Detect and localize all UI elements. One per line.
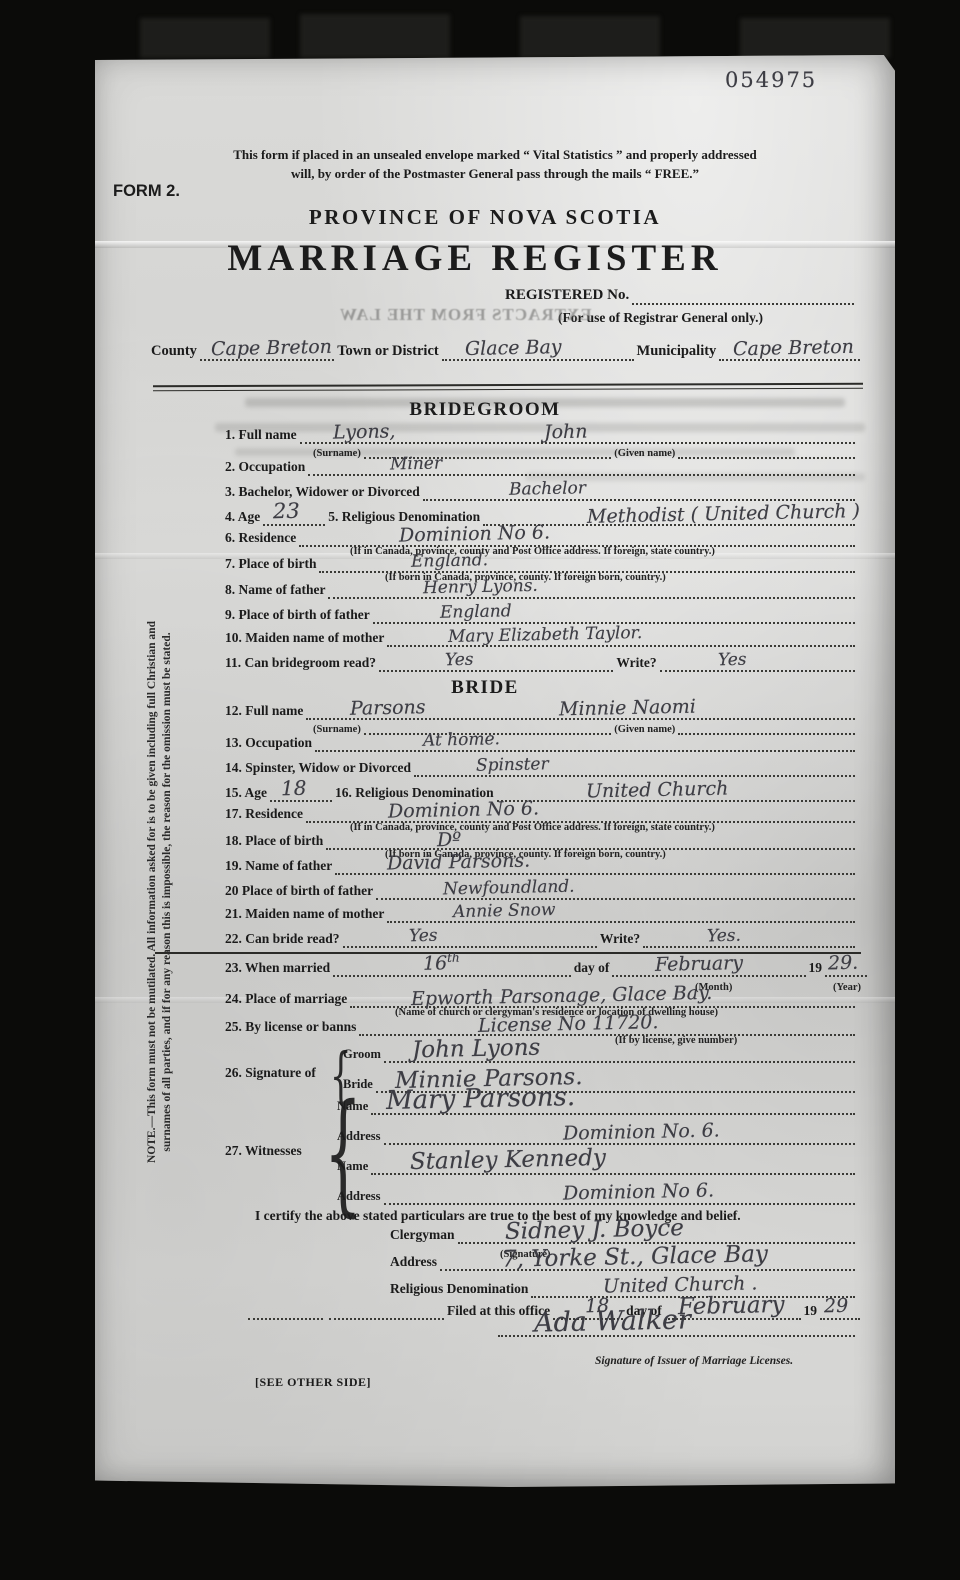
town-label: Town or District <box>337 343 439 361</box>
day-of-label: day of <box>574 960 610 977</box>
field-label: 20 Place of birth of father <box>225 883 373 900</box>
field-label: 8. Name of father <box>225 582 325 599</box>
field-label: 21. Maiden name of mother <box>225 906 384 923</box>
dotted-line: Newfoundland. <box>376 896 855 900</box>
groom-mother-value: Mary Elizabeth Taylor. <box>448 625 643 646</box>
address-label: Address <box>390 1254 437 1271</box>
married-day-value: 16th <box>423 951 460 973</box>
issuer-signature: Ada Walker <box>533 1306 690 1336</box>
address-label: Address <box>337 1129 381 1145</box>
field-label: 2. Occupation <box>225 459 305 476</box>
dotted-line: At home. <box>315 748 855 752</box>
surname-caption: (Surname) <box>313 448 361 459</box>
bride-surname-value: Parsons <box>350 698 426 719</box>
given-name-caption: (Given name) <box>614 448 675 459</box>
see-other-side: [SEE OTHER SIDE] <box>255 1375 371 1390</box>
fullname-subrow-bride: (Surname) (Given name) <box>313 724 858 735</box>
write-label: Write? <box>616 655 656 672</box>
mailing-note: This form if placed in an unsealed envel… <box>150 147 840 182</box>
dotted-line: Ada Walker <box>498 1333 855 1337</box>
municipality-value: Cape Breton <box>733 338 854 360</box>
place-of-marriage-value: Epworth Parsonage, Glace Bay. <box>411 984 713 1009</box>
field-can-read-bride: 22. Can bride read? Yes Write? Yes. <box>225 931 858 948</box>
groom-residence-value: Dominion No 6. <box>399 523 550 545</box>
field-mother-groom: 10. Maiden name of mother Mary Elizabeth… <box>225 630 858 647</box>
field-father-birthplace-groom: 9. Place of birth of father England <box>225 607 858 624</box>
witness2-address-row: Address Dominion No 6. <box>337 1189 858 1205</box>
field-father-bride: 19. Name of father David Parsons. <box>225 858 858 875</box>
field-age-denomination-bride: 15. Age 18 16. Religious Denomination Un… <box>225 785 858 802</box>
field-label: 13. Occupation <box>225 735 312 752</box>
field-can-read-groom: 11. Can bridegroom read? Yes Write? Yes <box>225 655 858 672</box>
dotted-line: Yes. <box>643 944 855 948</box>
year-prefix: 19 <box>804 1303 818 1320</box>
dotted-line: 29 <box>820 1316 860 1320</box>
dotted-line: Cape Breton <box>719 357 860 361</box>
witness1-address: Dominion No. 6. <box>563 1121 720 1143</box>
field-father-birthplace-bride: 20 Place of birth of father Newfoundland… <box>225 883 858 900</box>
witnesses-label: 27. Witnesses <box>225 1143 302 1159</box>
field-label: 6. Residence <box>225 530 296 547</box>
field-fullname-bride: 12. Full name Parsons Minnie Naomi <box>225 703 858 720</box>
location-row: County Cape Breton Town or District Glac… <box>151 343 863 361</box>
name-label: Name <box>337 1159 368 1175</box>
given-name-caption: (Given name) <box>614 724 675 735</box>
field-label: 14. Spinster, Widow or Divorced <box>225 760 411 777</box>
field-label: 1. Full name <box>225 427 297 444</box>
field-bachelor: 3. Bachelor, Widower or Divorced Bachelo… <box>225 484 858 501</box>
mailing-note-line2: will, by order of the Postmaster General… <box>150 166 840 182</box>
registered-no-label: REGISTERED No. <box>505 287 629 305</box>
dotted-line: 18 <box>270 798 332 802</box>
field-label: 22. Can bride read? <box>225 931 340 948</box>
field-residence-groom: 6. Residence Dominion No 6. <box>225 530 858 547</box>
film-edge-block <box>300 14 450 58</box>
dotted-line: Miner <box>308 472 855 476</box>
dotted-line: Bachelor <box>423 497 855 501</box>
film-edge-block <box>520 16 660 58</box>
field-label: 15. Age <box>225 785 267 802</box>
dotted-line: February <box>612 973 805 977</box>
field-when-married: 23. When married 16th day of February 19… <box>225 960 870 977</box>
groom-read-value: Yes <box>444 652 473 670</box>
dotted-line: Cape Breton <box>200 357 334 361</box>
bride-birthplace-value: Dº <box>437 831 462 851</box>
dotted-line: Parsons Minnie Naomi <box>306 716 855 720</box>
dotted-line: Annie Snow <box>387 919 855 923</box>
groom-status-value: Bachelor <box>509 480 586 499</box>
bride-father-birthplace-value: Newfoundland. <box>443 879 575 899</box>
bleed-through-heading: EXTRACTS FROM THE LAW <box>305 305 625 325</box>
signature-of-label: 26. Signature of <box>225 1065 316 1081</box>
dotted-line: Yes <box>343 944 597 948</box>
dotted-line: Dominion No 6. <box>384 1201 855 1205</box>
field-label: 25. By license or banns <box>225 1019 356 1036</box>
dotted-line: United Church <box>497 798 855 802</box>
clergyman-row: Clergyman Sidney J. Boyce <box>390 1227 858 1244</box>
section-divider <box>153 383 863 391</box>
dotted-line: 16th <box>333 973 571 977</box>
witness2-name-row: Name Stanley Kennedy <box>337 1159 858 1175</box>
surname-caption: (Surname) <box>313 724 361 735</box>
field-fullname-groom: 1. Full name Lyons, John <box>225 427 858 444</box>
groom-denomination-value: Methodist ( United Church ) <box>587 502 860 527</box>
dotted-line <box>329 1316 444 1320</box>
registered-no-row: REGISTERED No. <box>505 287 857 305</box>
town-value: Glace Bay <box>465 338 562 359</box>
field-occupation-bride: 13. Occupation At home. <box>225 735 858 752</box>
municipality-label: Municipality <box>637 343 717 361</box>
dotted-line: Yes <box>379 668 613 672</box>
year-prefix: 19 <box>809 960 823 977</box>
witness2-name: Stanley Kennedy <box>410 1147 606 1174</box>
dotted-line <box>248 1316 323 1320</box>
groom-signature: John Lyons <box>412 1037 541 1063</box>
address-label: Address <box>337 1189 381 1205</box>
field-mother-bride: 21. Maiden name of mother Annie Snow <box>225 906 858 923</box>
license-caption: (If by license, give number) <box>615 1035 737 1046</box>
groom-father-birthplace-value: England <box>440 603 512 621</box>
witness1-name: Mary Parsons. <box>385 1084 575 1114</box>
scanned-page: { "serial": "054975", "intro": { "line1"… <box>0 0 960 1580</box>
section-divider <box>155 952 861 954</box>
county-value: Cape Breton <box>210 338 331 360</box>
dotted-line: Glace Bay <box>442 357 634 361</box>
film-edge-block <box>140 18 270 58</box>
dotted-line: 23 <box>263 522 325 526</box>
groom-age-value: 23 <box>272 501 299 523</box>
clergyman-address-row: Address 7, Yorke St., Glace Bay <box>390 1254 858 1271</box>
field-label: 12. Full name <box>225 703 303 720</box>
dotted-line: David Parsons. <box>335 871 855 875</box>
dotted-line: Spinster <box>414 773 855 777</box>
filed-month-value: February <box>678 1294 785 1319</box>
field-father-groom: 8. Name of father Henry Lyons. <box>225 582 858 599</box>
field-occupation-groom: 2. Occupation Miner <box>225 459 858 476</box>
field-birthplace-bride: 18. Place of birth Dº <box>225 833 858 850</box>
province-title: PROVINCE OF NOVA SCOTIA <box>95 205 875 230</box>
clergyman-label: Clergyman <box>390 1227 455 1244</box>
field-label: 23. When married <box>225 960 330 977</box>
groom-surname-value: Lyons, <box>333 422 396 442</box>
field-spinster: 14. Spinster, Widow or Divorced Spinster <box>225 760 858 777</box>
film-edge-block <box>740 18 890 58</box>
field-label: 7. Place of birth <box>225 556 316 573</box>
groom-label: Groom <box>343 1047 381 1063</box>
field-license: 25. By license or banns License No 11720… <box>225 1019 858 1036</box>
serial-number: 054975 <box>725 70 817 91</box>
mailing-note-line1: This form if placed in an unsealed envel… <box>150 147 840 163</box>
filed-year-value: 29 <box>824 1297 849 1317</box>
issuer-caption: Signature of Issuer of Marriage Licenses… <box>595 1355 793 1367</box>
clergyman-address: 7, Yorke St., Glace Bay <box>502 1243 768 1272</box>
dotted-line: Dominion No. 6. <box>384 1141 855 1145</box>
field-label: 18. Place of birth <box>225 833 323 850</box>
field-residence-bride: 17. Residence Dominion No 6. <box>225 806 858 823</box>
signature-groom-row: Groom John Lyons <box>343 1047 858 1063</box>
bride-status-value: Spinster <box>476 756 549 775</box>
field-label: 4. Age <box>225 509 260 526</box>
register-title: MARRIAGE REGISTER <box>95 237 855 280</box>
bride-write-value: Yes. <box>706 928 740 946</box>
clergyman-signature: Sidney J. Boyce <box>505 1217 684 1244</box>
bleed-through-text: EXTRACTS FROM THE LAW <box>339 305 592 325</box>
groom-write-value: Yes <box>718 652 747 670</box>
dotted-line: Mary Parsons. <box>371 1111 855 1115</box>
field-place-of-marriage: 24. Place of marriage Epworth Parsonage,… <box>225 991 858 1008</box>
married-year-value: 29. <box>828 954 859 974</box>
dotted-line: Mary Elizabeth Taylor. <box>387 643 855 647</box>
issuer-row: Ada Walker <box>495 1333 858 1337</box>
groom-occupation-value: Miner <box>390 455 442 473</box>
field-label: 24. Place of marriage <box>225 991 347 1008</box>
dotted-line: License No 11720. <box>359 1032 855 1036</box>
field-label: 9. Place of birth of father <box>225 607 370 624</box>
married-month-value: February <box>655 954 743 975</box>
dotted-line <box>632 301 854 305</box>
bride-read-value: Yes <box>408 928 437 946</box>
bride-mother-value: Annie Snow <box>453 902 556 921</box>
side-note-line1: NOTE.—This form must not be mutilated. A… <box>145 562 160 1222</box>
dotted-line: Lyons, John <box>300 440 855 444</box>
groom-given-value: John <box>544 423 588 443</box>
field-label: 19. Name of father <box>225 858 332 875</box>
denomination-label: Religious Denomination <box>390 1281 528 1298</box>
residence-caption-bride: (If in Canada, province, county and Post… <box>350 822 715 833</box>
write-label: Write? <box>600 931 640 948</box>
clergyman-denomination-row: Religious Denomination United Church . <box>390 1281 858 1298</box>
dotted-line: John Lyons <box>384 1059 855 1063</box>
bride-occupation-value: At home. <box>423 731 500 750</box>
field-label: 11. Can bridegroom read? <box>225 655 376 672</box>
bridegroom-heading: BRIDEGROOM <box>95 399 875 421</box>
bride-residence-value: Dominion No 6. <box>388 799 539 821</box>
field-label: 10. Maiden name of mother <box>225 630 384 647</box>
side-note: NOTE.—This form must not be mutilated. A… <box>145 562 177 1222</box>
dotted-line: Henry Lyons. <box>328 595 855 599</box>
bride-denomination-value: United Church <box>586 780 729 802</box>
witness1-address-row: Address Dominion No. 6. <box>337 1129 858 1145</box>
marriage-register-document: 054975 This form if placed in an unseale… <box>95 55 895 1487</box>
bride-father-value: David Parsons. <box>387 852 531 874</box>
dotted-line: 7, Yorke St., Glace Bay <box>440 1267 855 1271</box>
bride-age-value: 18 <box>281 778 307 799</box>
bride-given-value: Minnie Naomi <box>559 698 696 720</box>
dotted-line: Yes <box>660 668 855 672</box>
form-number-label: FORM 2. <box>113 182 180 201</box>
side-note-line2: surnames of all parties, and if for any … <box>160 562 175 1222</box>
witness1-name-row: Name Mary Parsons. <box>337 1099 858 1115</box>
license-value: License No 11720. <box>478 1013 659 1036</box>
dotted-line: 29. <box>825 973 867 977</box>
county-label: County <box>151 343 197 361</box>
name-label: Name <box>337 1099 368 1115</box>
field-birthplace-groom: 7. Place of birth England. <box>225 556 858 573</box>
field-label: 3. Bachelor, Widower or Divorced <box>225 484 420 501</box>
groom-birthplace-value: England. <box>410 552 487 571</box>
field-label: 17. Residence <box>225 806 303 823</box>
witness2-address: Dominion No 6. <box>563 1181 714 1203</box>
bride-heading: BRIDE <box>95 677 875 699</box>
groom-father-value: Henry Lyons. <box>423 578 538 597</box>
dotted-line: Stanley Kennedy <box>371 1171 855 1175</box>
